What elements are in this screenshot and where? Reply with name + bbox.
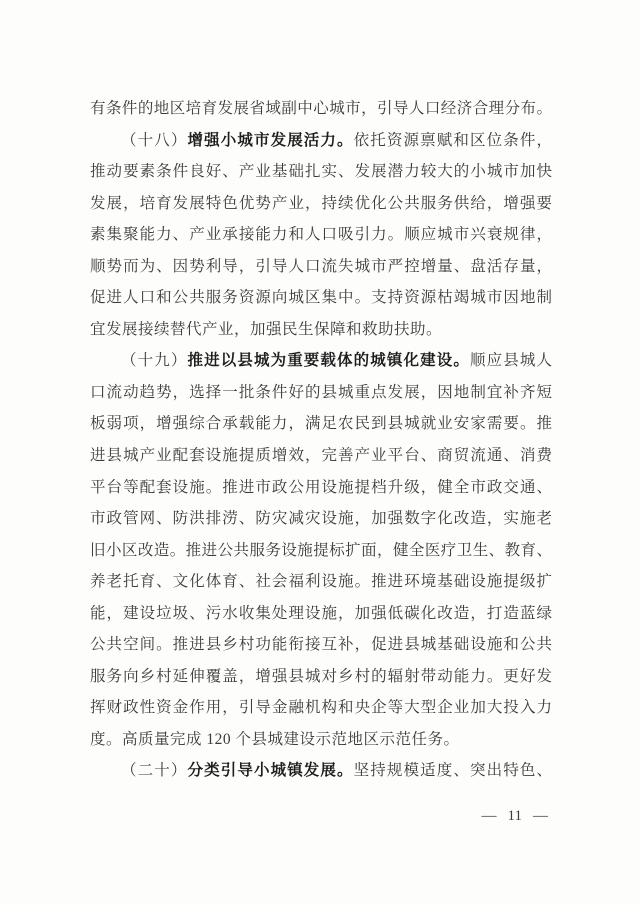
text-run: 顺应县城人 — [470, 352, 552, 369]
text-line: 度。高质量完成 120 个县城建设示范地区示范任务。 — [90, 724, 552, 756]
text-line: 有条件的地区培育发展省域副中心城市，引导人口经济合理分布。 — [90, 93, 552, 125]
page-number-dash-left: — — [482, 808, 497, 824]
text-line: 能，建设垃圾、污水收集处理设施，加强低碳化改造，打造蓝绿 — [90, 598, 552, 630]
text-line: 口流动趋势，选择一批条件好的县城重点发展，因地制宜补齐短 — [90, 377, 552, 409]
text-line: 促进人口和公共服务资源向城区集中。支持资源枯竭城市因地制 — [90, 282, 552, 314]
text-line: 养老托育、文化体育、社会福利设施。推进环境基础设施提级扩 — [90, 566, 552, 598]
text-line: 服务向乡村延伸覆盖，增强县城对乡村的辐射带动能力。更好发 — [90, 661, 552, 693]
section-title: 推进以县城为重要载体的城镇化建设。 — [187, 352, 470, 369]
section-number: （二十） — [121, 762, 187, 779]
section-19: （十九）推进以县城为重要载体的城镇化建设。顺应县城人 口流动趋势，选择一批条件好… — [90, 345, 552, 755]
section-number: （十九） — [121, 352, 187, 369]
text-line: 旧小区改造。推进公共服务设施提标扩面，健全医疗卫生、教育、 — [90, 535, 552, 567]
text-line: 市政管网、防洪排涝、防灾减灾设施，加强数字化改造，实施老 — [90, 503, 552, 535]
section-18: （十八）增强小城市发展活力。依托资源禀赋和区位条件， 推动要素条件良好、产业基础… — [90, 125, 552, 346]
document-text-block: 有条件的地区培育发展省域副中心城市，引导人口经济合理分布。 （十八）增强小城市发… — [90, 93, 552, 787]
text-line: 素集聚能力、产业承接能力和人口吸引力。顺应城市兴衰规律， — [90, 219, 552, 251]
text-line: 进县城产业配套设施提质增效，完善产业平台、商贸流通、消费 — [90, 440, 552, 472]
text-line: 推动要素条件良好、产业基础扎实、发展潜力较大的小城市加快 — [90, 156, 552, 188]
section-20: （二十）分类引导小城镇发展。坚持规模适度、突出特色、 — [90, 755, 552, 787]
document-page: 有条件的地区培育发展省域副中心城市，引导人口经济合理分布。 （十八）增强小城市发… — [0, 0, 640, 905]
paragraph-continuation: 有条件的地区培育发展省域副中心城市，引导人口经济合理分布。 — [90, 93, 552, 125]
section-title: 增强小城市发展活力。 — [187, 132, 353, 149]
section-number: （十八） — [121, 132, 187, 149]
section-heading-line: （二十）分类引导小城镇发展。坚持规模适度、突出特色、 — [90, 755, 552, 787]
page-number-dash-right: — — [533, 808, 548, 824]
section-heading-line: （十九）推进以县城为重要载体的城镇化建设。顺应县城人 — [90, 345, 552, 377]
page-number-value: 11 — [508, 808, 522, 824]
section-title: 分类引导小城镇发展。 — [187, 762, 353, 779]
text-run: 依托资源禀赋和区位条件， — [354, 132, 552, 149]
section-heading-line: （十八）增强小城市发展活力。依托资源禀赋和区位条件， — [90, 125, 552, 157]
text-line: 平台等配套设施。推进市政公用设施提档升级，健全市政交通、 — [90, 472, 552, 504]
text-run: 坚持规模适度、突出特色、 — [354, 762, 552, 779]
text-line: 板弱项，增强综合承载能力，满足农民到县城就业安家需要。推 — [90, 408, 552, 440]
page-number: —11— — [482, 804, 548, 828]
text-line: 发展，培育发展特色优势产业，持续优化公共服务供给，增强要 — [90, 188, 552, 220]
text-line: 宜发展接续替代产业，加强民生保障和救助扶助。 — [90, 314, 552, 346]
text-line: 公共空间。推进县乡村功能衔接互补，促进县城基础设施和公共 — [90, 629, 552, 661]
text-line: 顺势而为、因势利导，引导人口流失城市严控增量、盘活存量， — [90, 251, 552, 283]
text-line: 挥财政性资金作用，引导金融机构和央企等大型企业加大投入力 — [90, 692, 552, 724]
